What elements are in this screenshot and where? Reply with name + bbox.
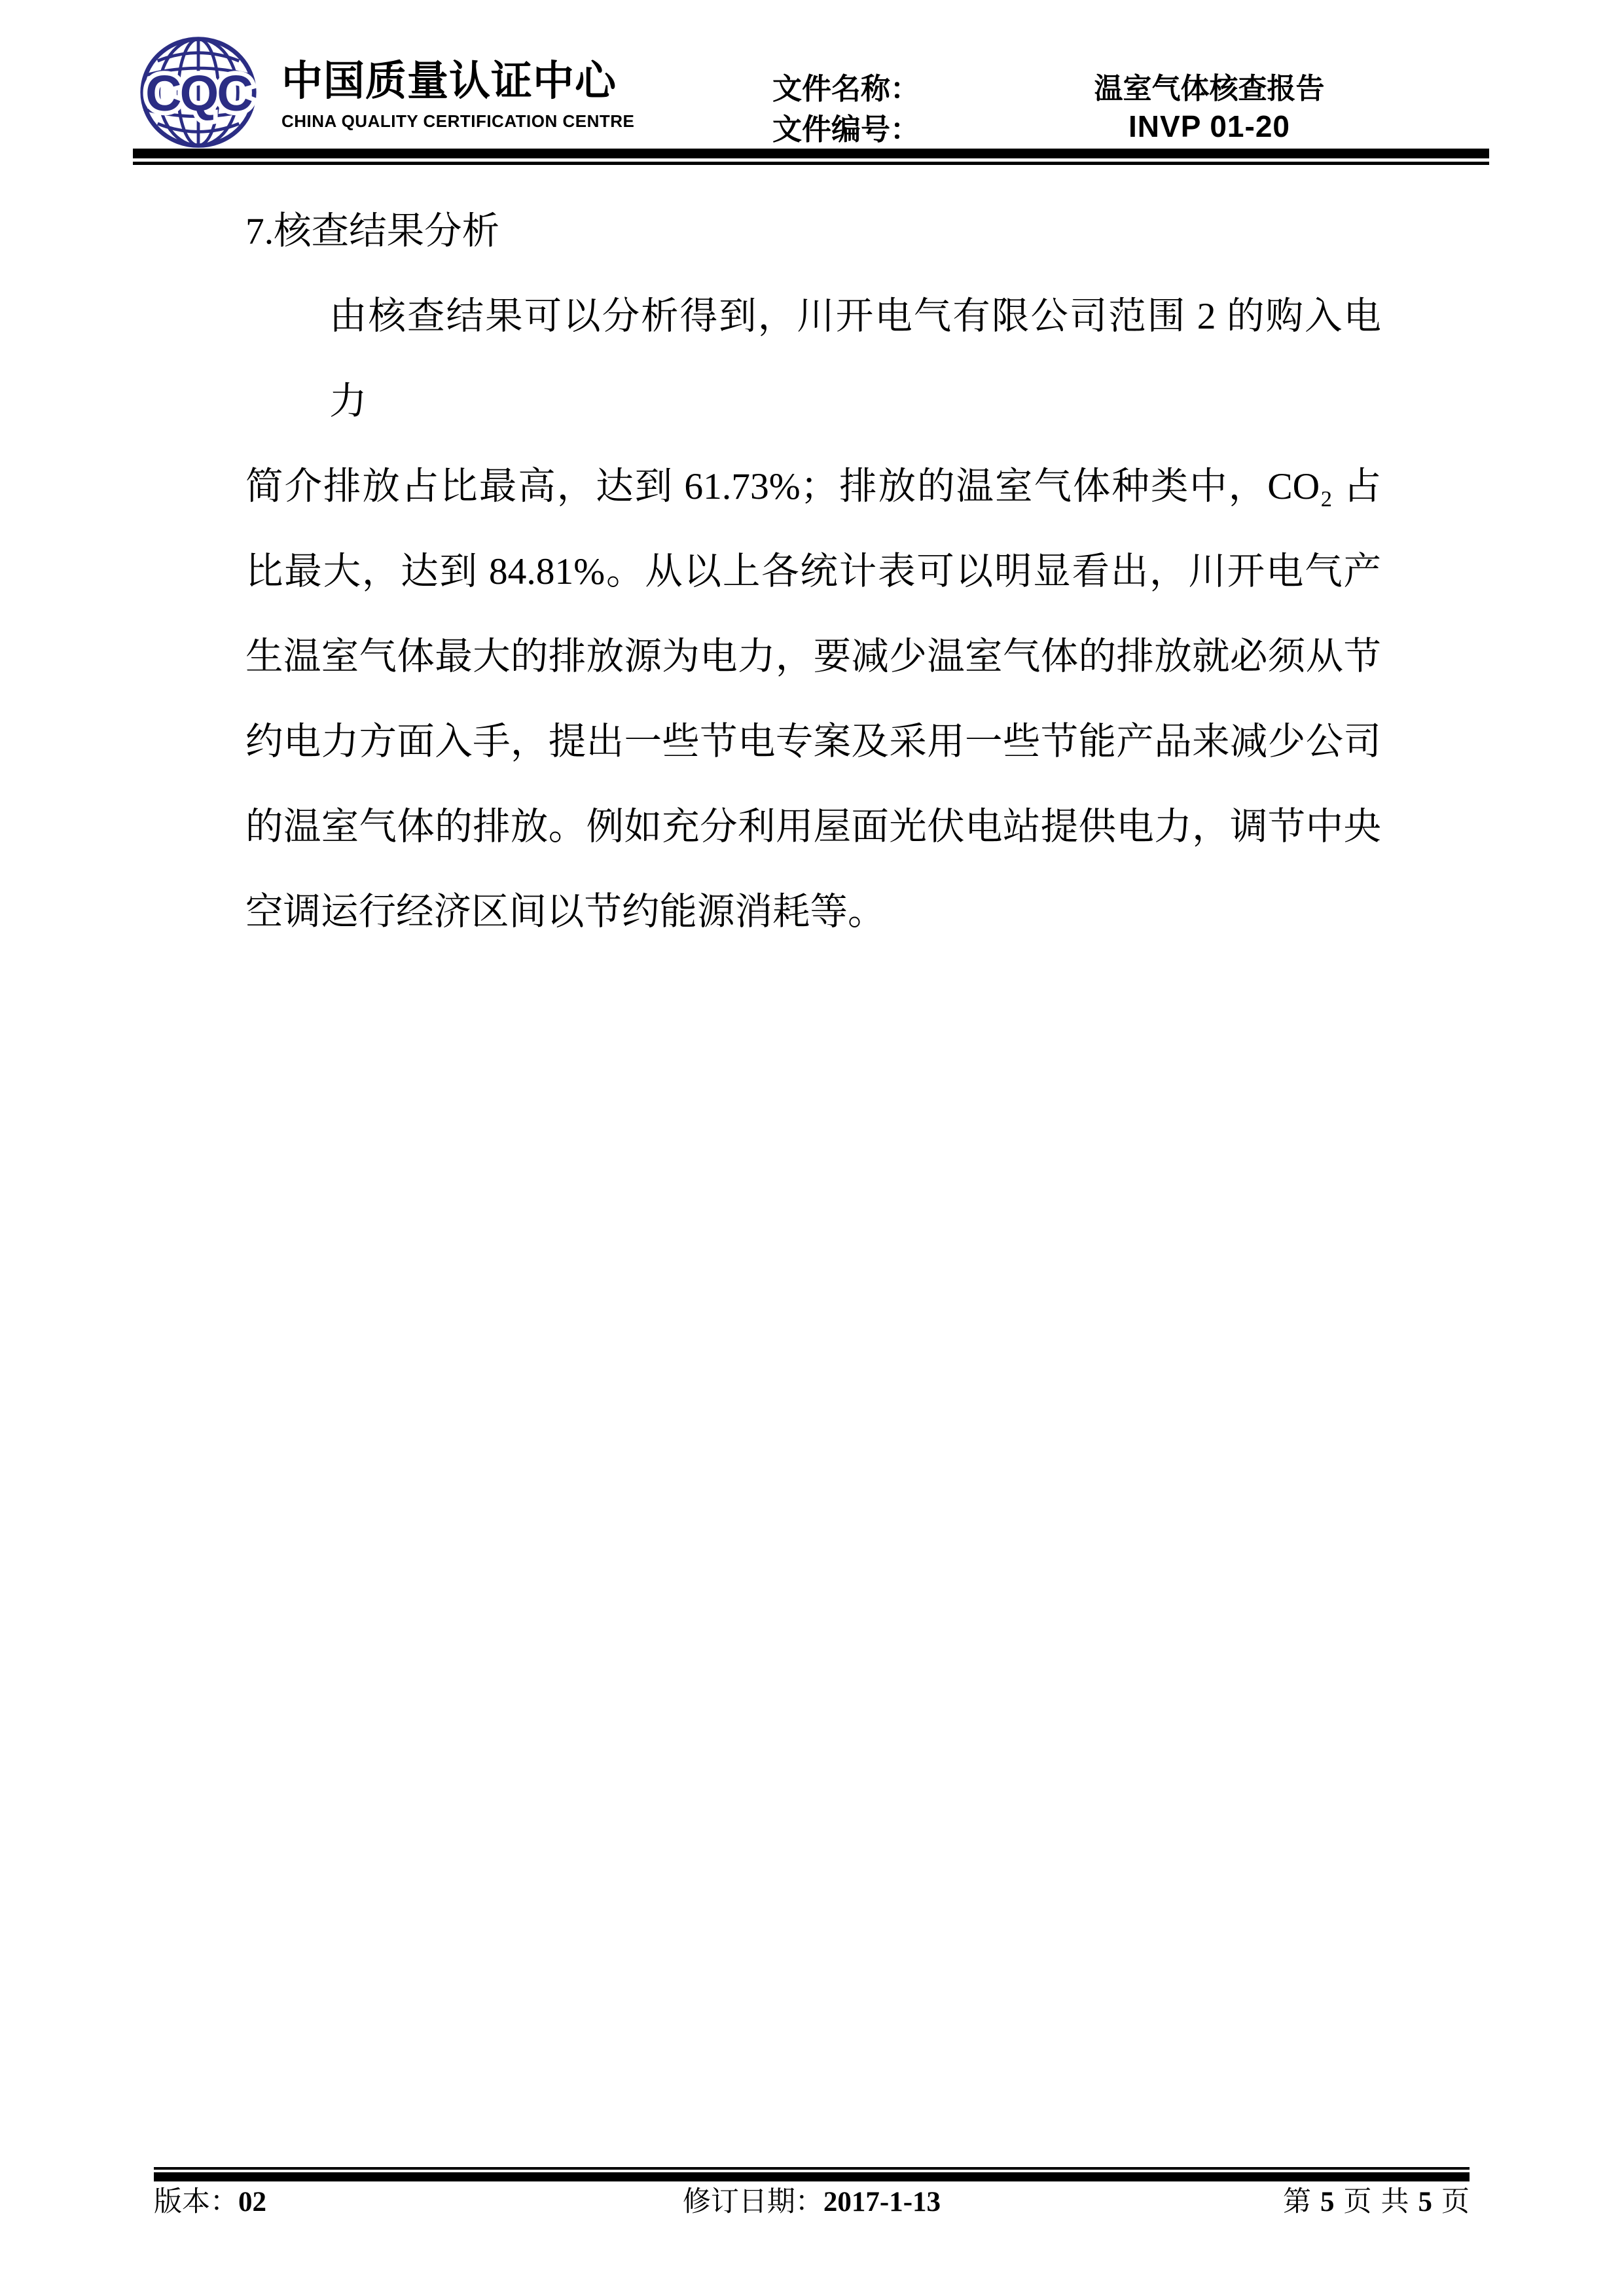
paragraph-line: 约电力方面入手，提出一些节电专案及采用一些节能产品来减少公司 — [245, 700, 1381, 785]
revision-date-value: 2017-1-13 — [823, 2187, 941, 2217]
brand-name-en: CHINA QUALITY CERTIFICATION CENTRE — [281, 111, 648, 131]
doc-number-value: INVP 01-20 — [929, 109, 1489, 144]
document-meta: 文件名称： 温室气体核查报告 文件编号： INVP 01-20 — [772, 65, 1489, 147]
brand-name-cn: 中国质量认证中心 — [281, 58, 648, 105]
doc-name-value: 温室气体核查报告 — [929, 65, 1489, 107]
doc-number-label: 文件编号： — [772, 105, 929, 148]
footer-rule-thin — [154, 2167, 1470, 2170]
document-page: CQC 中国质量认证中心 CHINA QUALITY CERTIFICATION… — [0, 0, 1624, 2296]
page-footer: 版本：02 修订日期：2017-1-13 第5页共5页 — [154, 2185, 1470, 2220]
doc-name-row: 文件名称： 温室气体核查报告 — [772, 65, 1489, 106]
doc-name-label: 文件名称： — [772, 65, 929, 107]
page-number-total: 5 — [1418, 2185, 1433, 2220]
paragraph-line: 生温室气体最大的排放源为电力，要减少温室气体的排放就必须从节 — [245, 615, 1381, 700]
doc-number-row: 文件编号： INVP 01-20 — [772, 106, 1489, 147]
paragraph-line: 的温室气体的排放。例如充分利用屋面光伏电站提供电力，调节中央 — [245, 785, 1381, 870]
cqc-logo-text: CQC — [145, 66, 252, 122]
version-label: 版本： — [154, 2187, 238, 2217]
version-value: 02 — [238, 2187, 266, 2217]
page-number-current: 5 — [1320, 2185, 1335, 2220]
section-heading: 7.核查结果分析 — [245, 189, 1381, 274]
document-body: 7.核查结果分析 由核查结果可以分析得到，川开电气有限公司范围 2 的购入电力 … — [245, 189, 1381, 955]
paragraph-line: 比最大，达到 84.81%。从以上各统计表可以明显看出，川开电气产 — [245, 529, 1381, 615]
paragraph-line: 由核查结果可以分析得到，川开电气有限公司范围 2 的购入电力 — [245, 274, 1381, 444]
footer-revision-date: 修订日期：2017-1-13 — [683, 2185, 941, 2220]
footer-rule-thick — [154, 2172, 1470, 2181]
page-number-text: 第 — [1283, 2185, 1311, 2220]
paragraph-line: 空调运行经济区间以节约能源消耗等。 — [245, 870, 1381, 955]
brand-block: 中国质量认证中心 CHINA QUALITY CERTIFICATION CEN… — [281, 58, 648, 131]
page-number-text: 共 — [1381, 2185, 1409, 2220]
page-number-text: 页 — [1344, 2185, 1372, 2220]
header-rule-thick — [133, 149, 1489, 158]
cqc-globe-logo-icon: CQC — [139, 35, 258, 149]
page-number-text: 页 — [1441, 2185, 1470, 2220]
footer-page-number: 第5页共5页 — [1283, 2185, 1470, 2220]
paragraph-line: 简介排放占比最高，达到 61.73%；排放的温室气体种类中，CO₂ 占 — [245, 444, 1381, 529]
header-rule-thin — [133, 162, 1489, 165]
footer-version: 版本：02 — [154, 2185, 266, 2220]
revision-date-label: 修订日期： — [683, 2187, 823, 2217]
